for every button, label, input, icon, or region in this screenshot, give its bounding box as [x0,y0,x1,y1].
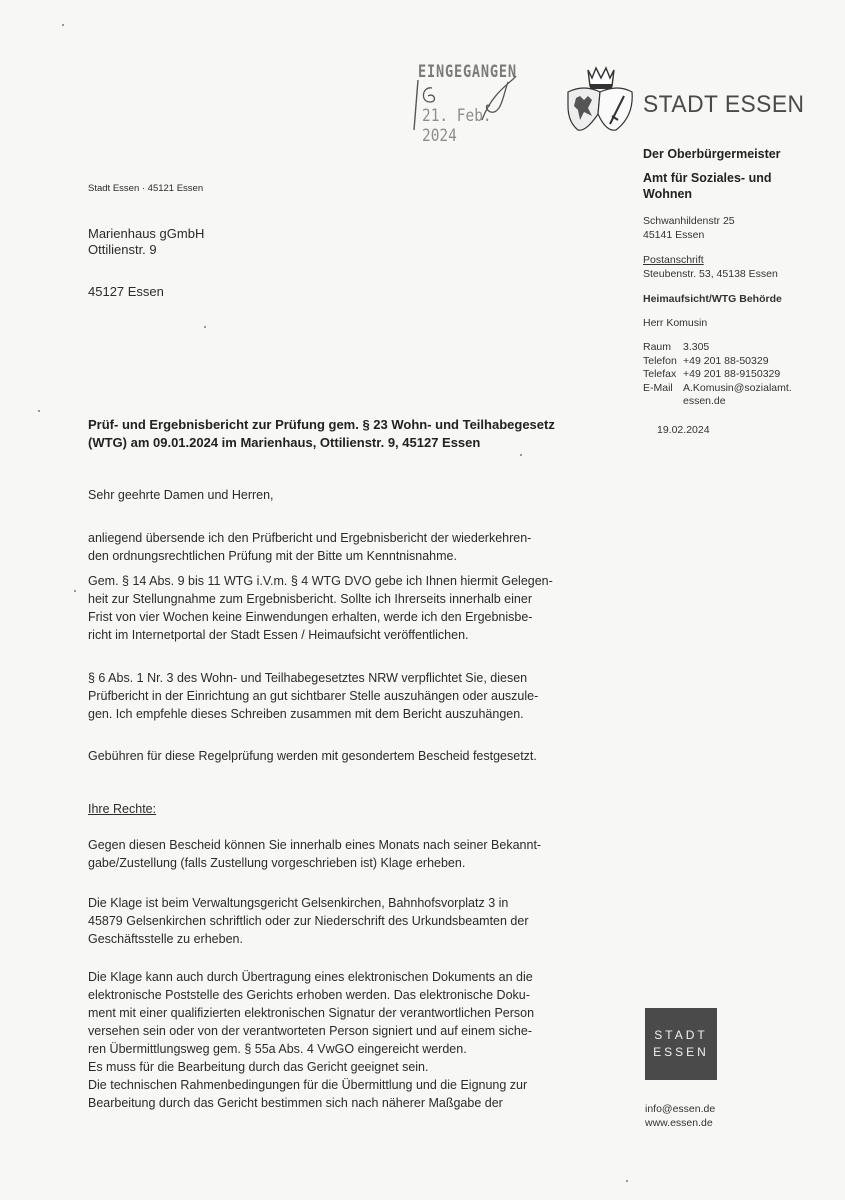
letter-date: 19.02.2024 [657,424,845,438]
body-paragraph-3: § 6 Abs. 1 Nr. 3 des Wohn- und Teilhabeg… [88,669,608,723]
subject-line: Prüf- und Ergebnisbericht zur Prüfung ge… [88,416,608,452]
stadt-essen-logo: STADT ESSEN [645,1008,717,1080]
office-name-line1: Amt für Soziales- und [643,170,833,186]
footer-website[interactable]: www.essen.de [645,1116,715,1130]
office-name: Amt für Soziales- und Wohnen [643,170,833,202]
postal-address: Postanschrift Steubenstr. 53, 45138 Esse… [643,254,833,281]
office-city: 45141 Essen [643,229,833,243]
rights-paragraph-1: Gegen diesen Bescheid können Sie innerha… [88,836,608,872]
handwritten-initials-icon [412,72,532,132]
recipient-address: Marienhaus gGmbH Ottilienstr. 9 [88,226,608,258]
recipient-city: 45127 Essen [88,284,608,299]
contact-details: Raum3.305 Telefon+49 201 88-50329 Telefa… [643,341,833,409]
contact-phone: Telefon+49 201 88-50329 [643,355,833,369]
office-name-line2: Wohnen [643,186,833,202]
rights-heading: Ihre Rechte: [88,802,608,816]
recipient-name: Marienhaus gGmbH [88,226,608,242]
recipient-street: Ottilienstr. 9 [88,242,608,258]
department-title: Der Oberbürgermeister [643,146,833,162]
footer-contact: info@essen.de www.essen.de [645,1102,715,1130]
contact-person: Herr Komusin [643,317,833,331]
contact-fax: Telefax+49 201 88-9150329 [643,368,833,382]
contact-email[interactable]: E-MailA.Komusin@sozialamt.essen.de [643,382,833,409]
letter-page: EINGEGANGEN 21. Feb. 2024 STADT ESSEN De… [0,0,845,1200]
unit-name: Heimaufsicht/WTG Behörde [643,293,833,307]
office-street: Schwanhildenstr 25 [643,215,833,229]
rights-paragraph-3: Die Klage kann auch durch Übertragung ei… [88,968,608,1112]
salutation: Sehr geehrte Damen und Herren, [88,486,608,504]
footer-email[interactable]: info@essen.de [645,1102,715,1116]
body-paragraph-1: anliegend übersende ich den Prüfbericht … [88,529,608,565]
brand-title: STADT ESSEN [643,91,804,119]
body-paragraph-4: Gebühren für diese Regelprüfung werden m… [88,747,608,765]
postal-label: Postanschrift [643,254,704,266]
rights-paragraph-2: Die Klage ist beim Verwaltungsgericht Ge… [88,894,608,948]
received-stamp: EINGEGANGEN 21. Feb. 2024 [412,62,542,132]
sender-line: Stadt Essen · 45121 Essen [88,183,608,194]
contact-room: Raum3.305 [643,341,833,355]
coat-of-arms-icon [566,66,636,134]
postal-address-value: Steubenstr. 53, 45138 Essen [643,268,833,282]
office-address: Schwanhildenstr 25 45141 Essen [643,215,833,242]
body-paragraph-2: Gem. § 14 Abs. 9 bis 11 WTG i.V.m. § 4 W… [88,572,608,644]
